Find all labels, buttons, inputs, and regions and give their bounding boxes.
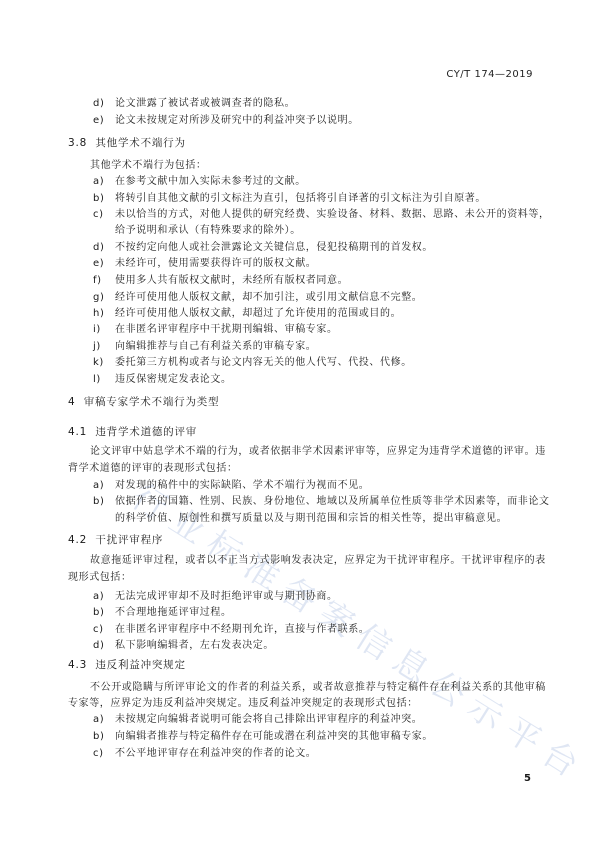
section-heading-4-3: 4.3 违反利益冲突规定 (68, 659, 186, 671)
list-item: a)无法完成评审却不及时拒绝评审或与期刊协商。 (93, 591, 338, 603)
paragraph-line: 故意拖延评审过程，或者以不正当方式影响发表决定，应界定为干扰评审程序。干扰评审程… (90, 555, 546, 567)
list-item: k)委托第三方机构或者与论文内容无关的他人代写、代投、代修。 (93, 357, 412, 369)
paragraph-line: 背学术道德的评审的表现形式包括： (68, 463, 238, 475)
paragraph-line: 论文评审中姑息学术不端的行为，或者依据非学术因素评审等，应界定为违背学术道德的评… (90, 446, 546, 458)
page-number: 5 (524, 773, 531, 784)
list-item: h)经许可使用他人版权文献，却超过了允许使用的范围或目的。 (93, 308, 401, 320)
list-item: i)在非匿名评审程序中干扰期刊编辑、审稿专家。 (93, 324, 338, 336)
list-item: a)对发现的稿件中的实际缺陷、学术不端行为视而不见。 (93, 480, 369, 492)
chapter-heading-4: 4 审稿专家学术不端行为类型 (68, 396, 219, 408)
standard-code-header: CY/T 174—2019 (446, 69, 533, 80)
list-item: c)未以恰当的方式，对他人提供的研究经费、实验设备、材料、数据、思路、未公开的资… (93, 209, 550, 221)
list-item: l)违反保密规定发表论文。 (93, 374, 232, 386)
list-item: d)不按约定向他人或社会泄露论文关键信息，侵犯投稿期刊的首发权。 (93, 242, 433, 254)
list-item: c)不公平地评审存在利益冲突的作者的论文。 (93, 748, 316, 760)
list-item: b)不合理地拖延评审过程。 (93, 607, 232, 619)
section-heading-4-1: 4.1 违背学术道德的评审 (68, 426, 197, 438)
section-heading-4-2: 4.2 干扰评审程序 (68, 534, 163, 546)
list-item: d)论文泄露了被试者或被调查者的隐私。 (93, 98, 295, 110)
list-item-continuation: 给予说明和承认（有特殊要求的除外）。 (115, 225, 301, 237)
list-item: e)未经许可，使用需要获得许可的版权文献。 (93, 258, 316, 270)
list-item: e)论文未按规定对所涉及研究中的利益冲突予以说明。 (93, 115, 359, 127)
list-item: a)未按规定向编辑者说明可能会将自己排除出评审程序的利益冲突。 (93, 714, 422, 726)
list-item: a)在参考文献中加入实际未参考过的文献。 (93, 176, 306, 188)
list-item: g)经许可使用他人版权文献，却不加引注，或引用文献信息不完整。 (93, 292, 422, 304)
section-intro: 其他学术不端行为包括： (90, 160, 207, 172)
list-item: c)在非匿名评审程序中不经期刊允许，直接与作者联系。 (93, 624, 369, 636)
paragraph-line: 现形式包括： (68, 572, 132, 584)
list-item: b)依据作者的国籍、性别、民族、身份地位、地域以及所属单位性质等非学术因素等，而… (93, 496, 550, 508)
list-item: d)私下影响编辑者，左右发表决定。 (93, 640, 274, 652)
document-page: 行业标准备案信息公示平台 CY/T 174—2019 d)论文泄露了被试者或被调… (0, 0, 596, 842)
list-item: b)向编辑者推荐与特定稿件存在可能或潜在利益冲突的其他审稿专家。 (93, 731, 433, 743)
paragraph-line: 不公开或隐瞒与所评审论文的作者的利益关系，或者故意推荐与特定稿件存在利益关系的其… (90, 682, 546, 694)
list-item: b)将转引自其他文献的引文标注为直引，包括将引自译著的引文标注为引自原著。 (93, 193, 486, 205)
list-item-continuation: 的科学价值、原创性和撰写质量以及与期刊范围和宗旨的相关性等，提出审稿意见。 (115, 513, 507, 525)
section-heading-3-8: 3.8 其他学术不端行为 (68, 137, 186, 149)
list-item: f)使用多人共有版权文献时，未经所有版权者同意。 (93, 275, 348, 287)
list-item: j)向编辑推荐与自己有利益关系的审稿专家。 (93, 341, 316, 353)
paragraph-line: 专家等，应界定为违反利益冲突规定。违反利益冲突规定的表现形式包括： (68, 698, 418, 710)
